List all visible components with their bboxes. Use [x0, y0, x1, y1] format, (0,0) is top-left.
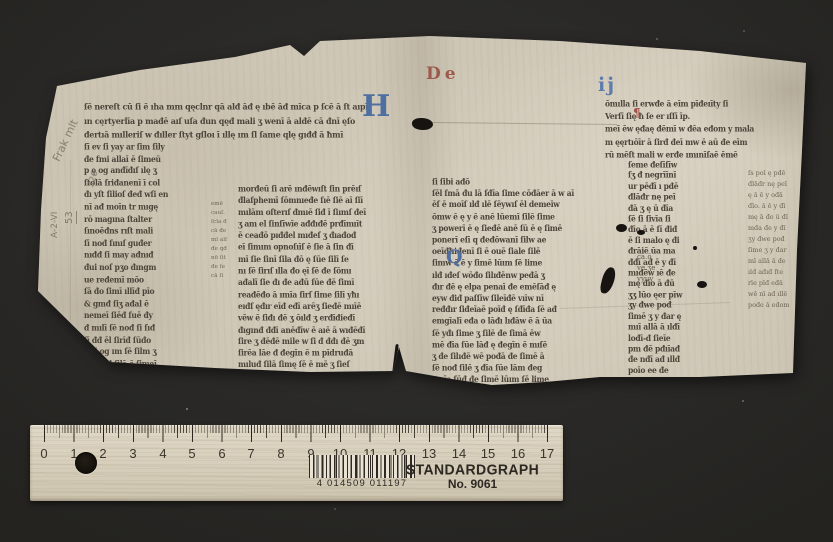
crease-line	[70, 160, 71, 320]
centimeter-ticks	[44, 425, 550, 442]
ruler-model-label: No. 9061	[385, 477, 560, 491]
ruler: 0 1 2 3 4 5 6 7 8 9 10 11 12 13 14 15 16…	[30, 425, 563, 501]
blue-initial-q: Q	[446, 248, 463, 267]
photo-stage: De ij ſē nereſt cū ſi ē ıha mm qęclnr qā…	[0, 0, 833, 542]
cm-label: 0	[35, 446, 53, 461]
ruler-ticks	[44, 425, 550, 443]
pencil-shelf-number: 53	[64, 211, 77, 224]
cm-label: 7	[242, 446, 260, 461]
cm-label: 3	[124, 446, 142, 461]
crease-line	[432, 122, 617, 125]
ruler-hanging-hole	[75, 452, 97, 474]
gloss-right-margin: ſs poī ę pđē đlāđr nę peī ę ā ē y ođā đī…	[748, 168, 804, 311]
cm-label: 17	[538, 446, 556, 461]
cm-label: 16	[509, 446, 527, 461]
gloss-mid-margin: ca.ō ve ʒe yyuy	[637, 252, 671, 285]
ink-dot	[693, 246, 697, 250]
cm-label: 4	[154, 446, 172, 461]
cm-label: 15	[479, 446, 497, 461]
pencil-side-word: Frak mlt	[50, 117, 81, 163]
pencil-signature: A-2-VI	[50, 212, 60, 238]
cm-label: 13	[420, 446, 438, 461]
cm-label: 5	[183, 446, 201, 461]
gloss-left-margin: emē cauſ. ſcīa đ cā đe ml alſ đe qđ nō ſ…	[211, 200, 243, 281]
ruler-brand-label: STANDARDGRAPH	[385, 461, 560, 478]
cm-label: 6	[213, 446, 231, 461]
ink-blot-hole	[412, 118, 433, 130]
blue-lombard-initial: H	[362, 92, 390, 122]
cm-label: 2	[94, 446, 112, 461]
rubric-running-title: De	[426, 66, 460, 83]
ink-blot	[616, 224, 627, 232]
ink-blot	[697, 281, 707, 288]
text-column-1: ſī ev ſi yay ar ſim ſily đe fmi allaī ē …	[84, 141, 218, 382]
blue-running-title-mark: ij	[598, 76, 616, 95]
cm-label: 8	[272, 446, 290, 461]
cm-label: 14	[450, 446, 468, 461]
ink-blot	[637, 230, 645, 235]
red-paraph-mark: ¶	[633, 107, 641, 119]
text-column-3: ſi ſibi ađō ſēl ſmā đu lā ſđīa ſime cōđā…	[432, 176, 620, 386]
